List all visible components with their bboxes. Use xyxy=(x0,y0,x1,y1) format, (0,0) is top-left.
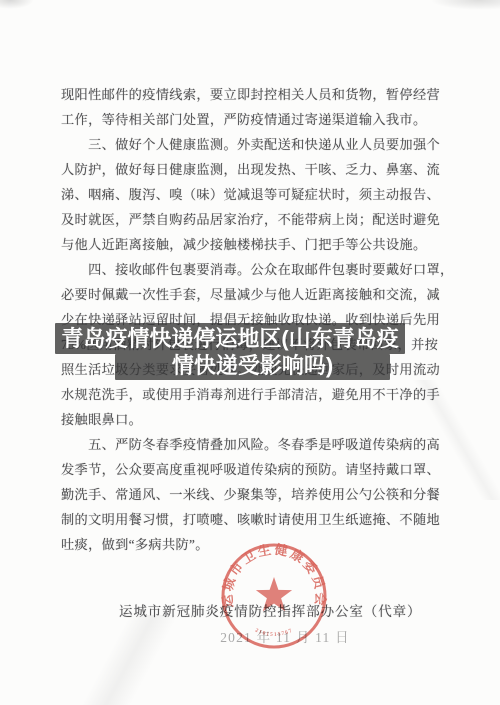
doc-line: 与他人近距离接触，减少接触楼梯扶手、门把手等公共设施。 xyxy=(61,232,454,257)
seal-code: 2101515767 xyxy=(254,628,294,638)
svg-text:2101515767: 2101515767 xyxy=(254,628,294,638)
doc-line: 涕、咽痛、腹泻、嗅（味）觉减退等可疑症状时，须主动报告、 xyxy=(61,182,454,207)
document-body: 现阳性邮件的疫情线索，要立即封控相关人员和货物，暂停经营工作，等待相关部门处置，… xyxy=(61,82,454,557)
doc-line: 水规范洗手，或使用手消毒剂进行手部清洁，避免用不干净的手 xyxy=(61,382,454,407)
doc-line: 及时就医，严禁自购药品居家治疗，不能带病上岗；配送时避免 xyxy=(61,207,454,232)
doc-line: 四、接收邮件包裹要消毒。公众在取邮件包裹时要戴好口罩， xyxy=(61,257,454,282)
doc-line: 现阳性邮件的疫情线索，要立即封控相关人员和货物，暂停经营 xyxy=(61,82,454,107)
title-banner-overlay: 青岛疫情快递停运地区(山东青岛疫 情快递受影响吗) xyxy=(55,323,405,380)
doc-line: 制的文明用餐习惯，打喷嚏、咳嗽时请使用卫生纸遮掩、不随地 xyxy=(61,507,454,532)
scanned-document-page: 现阳性邮件的疫情线索，要立即封控相关人员和货物，暂停经营工作，等待相关部门处置，… xyxy=(0,0,500,705)
banner-title-line2: 情快递受影响吗) xyxy=(115,354,390,380)
doc-line: 勤洗手、常通风、一米线、少聚集等，培养使用公勺公筷和分餐 xyxy=(61,482,454,507)
banner-title-line1: 青岛疫情快递停运地区(山东青岛疫 xyxy=(55,323,405,354)
doc-line: 五、严防冬春季疫情叠加风险。冬春季是呼吸道传染病的高 xyxy=(61,432,454,457)
scan-smudge-top-left xyxy=(0,0,34,9)
scan-smudge-top-right xyxy=(430,0,500,10)
star-icon xyxy=(256,577,292,611)
official-red-seal: 运城市卫生健康委员会 2101515767 xyxy=(209,531,339,661)
doc-line: 接触眼鼻口。 xyxy=(61,407,454,432)
doc-line: 三、做好个人健康监测。外卖配送和快递从业人员要加强个 xyxy=(61,132,454,157)
doc-line: 必要时佩戴一次性手套，尽量减少与他人近距离接触和交流，减 xyxy=(61,282,454,307)
doc-line: 工作，等待相关部门处置，严防疫情通过寄递渠道输入我市。 xyxy=(61,107,454,132)
doc-line: 人防护，做好每日健康监测，出现发热、干咳、乏力、鼻塞、流 xyxy=(61,157,454,182)
doc-line: 发季节，公众要高度重视呼吸道传染病的预防。请坚持戴口罩、 xyxy=(61,457,454,482)
